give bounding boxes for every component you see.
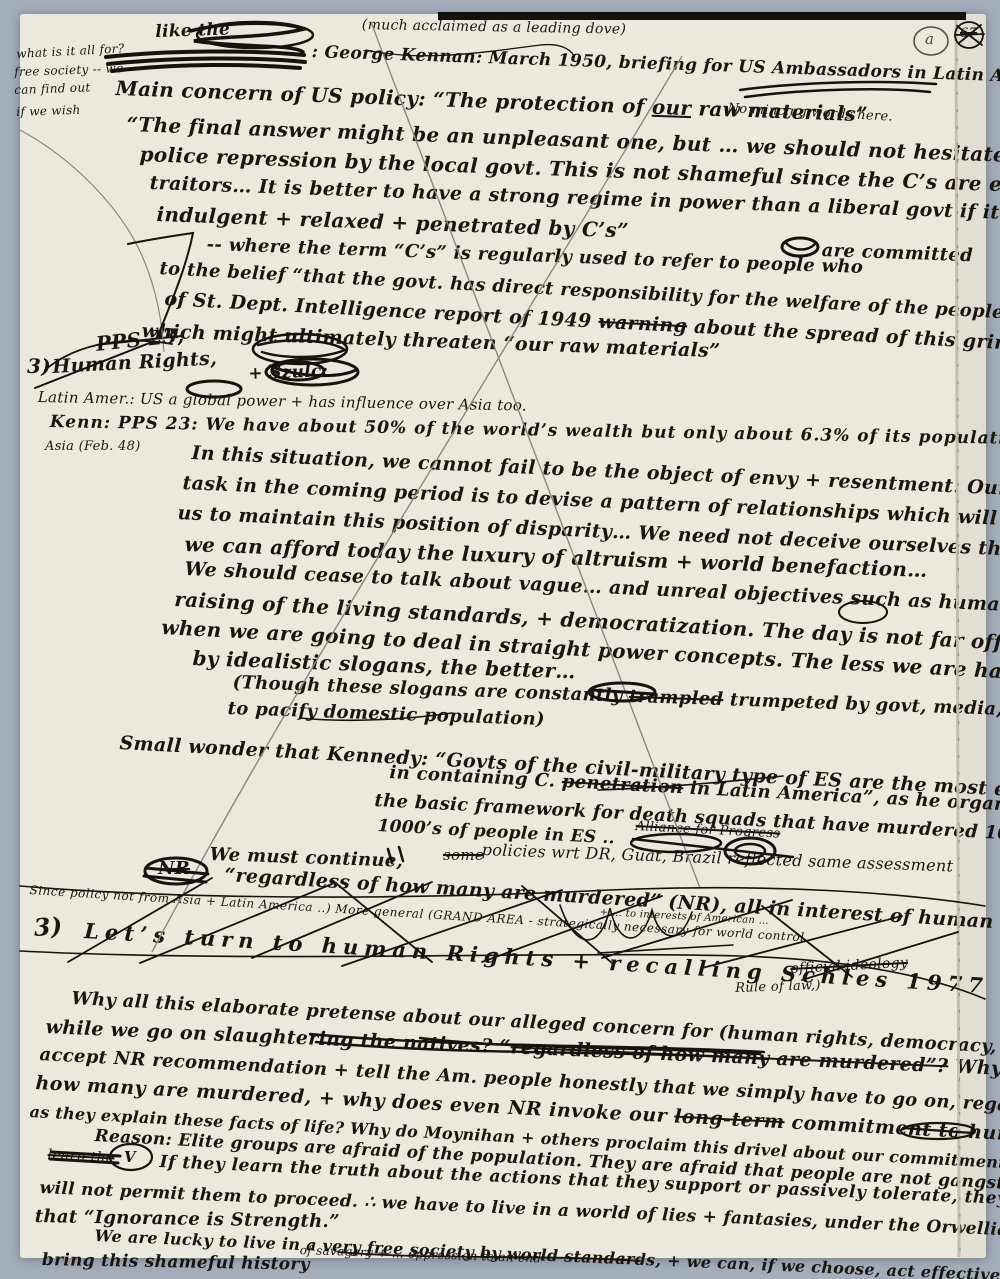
word-trampled-struck: trampled xyxy=(629,686,724,710)
line-like-the: like the xyxy=(155,21,230,41)
word-warning-struck: warning xyxy=(598,311,688,338)
insert-rule-of-law: Rule of law,) xyxy=(735,979,821,995)
line-szulc: + Szulc: xyxy=(248,363,328,383)
margin-note: free society -- we xyxy=(14,62,124,78)
line-p9: that “Ignorance is Strength.” xyxy=(35,1208,340,1231)
margin-asia-feb48: Asia (Feb. 48) xyxy=(45,440,141,453)
page-number-crossed: 67 xyxy=(960,27,977,40)
line-are-committed: are committed xyxy=(821,242,973,265)
p7-struck: learn the xyxy=(47,1148,115,1165)
word-our-underlined: our xyxy=(652,95,692,120)
section-3-marker: 3) xyxy=(27,356,51,376)
word-nr-struck: NR xyxy=(158,860,190,878)
p7-circled-v: V xyxy=(124,1150,136,1165)
word-some-struck: some xyxy=(443,848,484,863)
line-p11: bring this shameful history xyxy=(42,1252,310,1274)
section-3-marker-bottom: 3) xyxy=(33,914,63,940)
page-letter: a xyxy=(925,32,934,47)
margin-note: if we wish xyxy=(16,104,81,118)
scanned-document: what is it all for? free society -- we c… xyxy=(0,0,1000,1279)
margin-note: can find out xyxy=(14,81,91,96)
